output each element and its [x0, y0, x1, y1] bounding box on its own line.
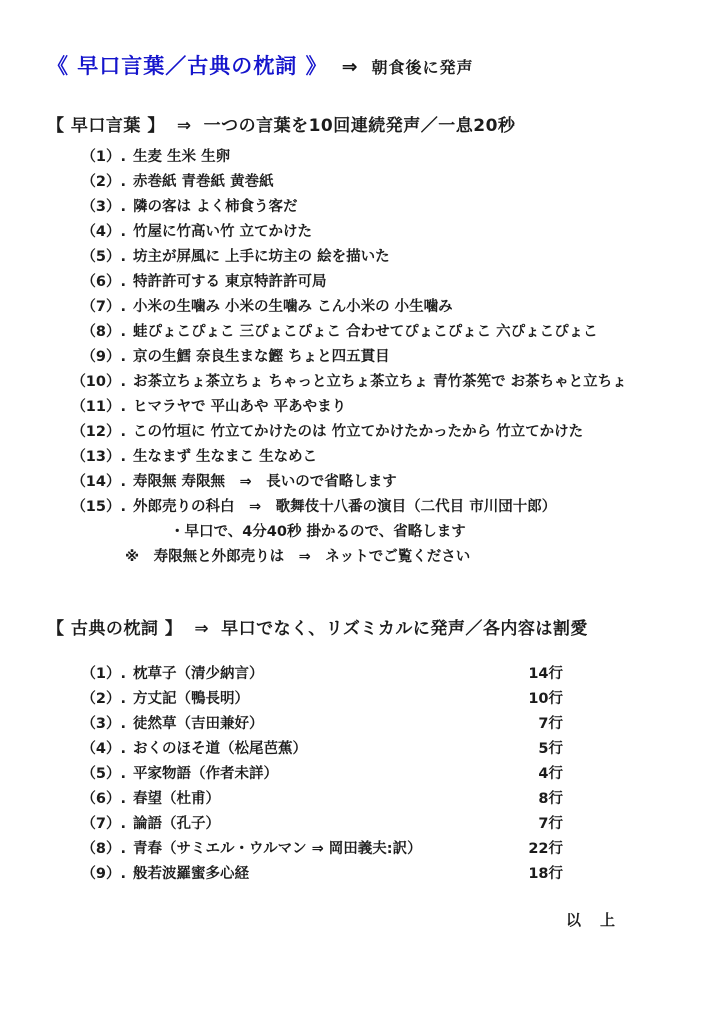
list-item: （8）.蛙ぴょこぴょこ 三ぴょこぴょこ 合わせてぴょこぴょこ 六ぴょこぴょこ [70, 320, 685, 345]
item-number: （2）. [70, 170, 126, 195]
double-arrow-icon: ⇒ [194, 619, 209, 639]
closing-mark: 以 上 [47, 909, 685, 930]
item-number: （4）. [70, 737, 126, 762]
list-item: （5）.坊主が屏風に 上手に坊主の 絵を描いた [70, 245, 685, 270]
section-heading-hayakuchi: 【 早口言葉 】 ⇒ 一つの言葉を10回連続発声／一息20秒 [47, 111, 685, 136]
list-item: （8）.青春（サミエル・ウルマン ⇒ 岡田義夫:訳）22行 [70, 837, 563, 862]
page-title: 《 早口言葉／古典の枕詞 》 ⇒ 朝食後に発声 [47, 50, 685, 80]
list-item: （3）.徒然草（吉田兼好）7行 [70, 712, 563, 737]
item-line-count: 22行 [528, 837, 563, 862]
item-number: （8）. [70, 320, 126, 345]
list-item: （2）.方丈記（鴨長明）10行 [70, 687, 563, 712]
page-title-bracket: 《 早口言葉／古典の枕詞 》 [47, 50, 328, 80]
list-item: （10）.お茶立ちょ茶立ちょ ちゃっと立ちょ茶立ちょ 青竹茶筅で お茶ちゃと立ち… [70, 370, 685, 395]
section-heading-label: 【 古典の枕詞 】 [47, 614, 182, 639]
item-number: （12）. [70, 420, 126, 445]
item-text: 平家物語（作者未詳） [133, 762, 278, 787]
classic-text-list: （1）.枕草子（清少納言）14行 （2）.方丈記（鴨長明）10行 （3）.徒然草… [70, 662, 685, 887]
item-text: 隣の客は よく柿食う客だ [133, 195, 298, 220]
item-number: （14）. [70, 470, 126, 495]
document-page: 《 早口言葉／古典の枕詞 》 ⇒ 朝食後に発声 【 早口言葉 】 ⇒ 一つの言葉… [0, 0, 725, 1024]
list-item: （1）.枕草子（清少納言）14行 [70, 662, 563, 687]
item-number: （5）. [70, 762, 126, 787]
item-text: おくのほそ道（松尾芭蕉） [133, 737, 307, 762]
item-number: （8）. [70, 837, 126, 862]
item-text: 京の生鱈 奈良生まな鰹 ちょと四五貫目 [133, 345, 390, 370]
item-number: （10）. [70, 370, 126, 395]
list-item: （6）.春望（杜甫）8行 [70, 787, 563, 812]
item-text: 枕草子（清少納言） [133, 662, 264, 687]
item-text: 蛙ぴょこぴょこ 三ぴょこぴょこ 合わせてぴょこぴょこ 六ぴょこぴょこ [133, 320, 598, 345]
list-item: （7）.論語（孔子）7行 [70, 812, 563, 837]
item-line-count: 14行 [528, 662, 563, 687]
section-heading-koten: 【 古典の枕詞 】 ⇒ 早口でなく、リズミカルに発声／各内容は割愛 [47, 614, 685, 639]
item-number: （15）. [70, 495, 126, 520]
item-number: （2）. [70, 687, 126, 712]
section-heading-description: 一つの言葉を10回連続発声／一息20秒 [204, 111, 516, 136]
item-text: 外郎売りの科白 ⇒ 歌舞伎十八番の演目（二代目 市川団十郎） [133, 495, 556, 520]
item-number: （1）. [70, 145, 126, 170]
item-text: お茶立ちょ茶立ちょ ちゃっと立ちょ茶立ちょ 青竹茶筅で お茶ちゃと立ちょ [133, 370, 627, 395]
item-text: 青春（サミエル・ウルマン ⇒ 岡田義夫:訳） [133, 837, 422, 862]
item-line-count: 8行 [538, 787, 563, 812]
item-text: 小米の生噛み 小米の生噛み こん小米の 小生噛み [133, 295, 453, 320]
list-item: （4）.おくのほそ道（松尾芭蕉）5行 [70, 737, 563, 762]
item-line-count: 4行 [538, 762, 563, 787]
tongue-twister-list: （1）.生麦 生米 生卵 （2）.赤巻紙 青巻紙 黄巻紙 （3）.隣の客は よく… [70, 145, 685, 520]
item-15-sub-note: ・早口で、4分40秒 掛かるので、省略します [170, 520, 685, 545]
list-item: （2）.赤巻紙 青巻紙 黄巻紙 [70, 170, 685, 195]
list-item: （9）.般若波羅蜜多心経18行 [70, 862, 563, 887]
list-item: （7）.小米の生噛み 小米の生噛み こん小米の 小生噛み [70, 295, 685, 320]
item-text: 坊主が屏風に 上手に坊主の 絵を描いた [133, 245, 390, 270]
item-text: 生麦 生米 生卵 [133, 145, 230, 170]
double-arrow-icon: ⇒ [177, 116, 192, 136]
item-number: （4）. [70, 220, 126, 245]
item-number: （9）. [70, 862, 126, 887]
item-text: 特許許可する 東京特許許可局 [133, 270, 327, 295]
item-number: （7）. [70, 812, 126, 837]
item-number: （6）. [70, 787, 126, 812]
list-item: （5）.平家物語（作者未詳）4行 [70, 762, 563, 787]
list-item: （9）.京の生鱈 奈良生まな鰹 ちょと四五貫目 [70, 345, 685, 370]
list-item: （1）.生麦 生米 生卵 [70, 145, 685, 170]
item-text: 竹屋に竹高い竹 立てかけた [133, 220, 312, 245]
item-text: 徒然草（吉田兼好） [133, 712, 264, 737]
item-number: （3）. [70, 195, 126, 220]
item-number: （11）. [70, 395, 126, 420]
list-item: （13）.生なまず 生なまこ 生なめこ [70, 445, 685, 470]
item-text: 生なまず 生なまこ 生なめこ [133, 445, 317, 470]
item-number: （5）. [70, 245, 126, 270]
list-item: （3）.隣の客は よく柿食う客だ [70, 195, 685, 220]
item-text: 春望（杜甫） [133, 787, 220, 812]
item-line-count: 7行 [538, 812, 563, 837]
item-line-count: 5行 [538, 737, 563, 762]
item-number: （7）. [70, 295, 126, 320]
list-item: （14）.寿限無 寿限無 ⇒ 長いので省略します [70, 470, 685, 495]
item-line-count: 18行 [528, 862, 563, 887]
item-text: ヒマラヤで 平山あや 平あやまり [133, 395, 346, 420]
double-arrow-icon: ⇒ [342, 56, 358, 78]
section-note: ※ 寿限無と外郎売りは ⇒ ネットでご覧ください [125, 545, 685, 570]
list-item: （6）.特許許可する 東京特許許可局 [70, 270, 685, 295]
list-item: （15）.外郎売りの科白 ⇒ 歌舞伎十八番の演目（二代目 市川団十郎） [70, 495, 685, 520]
item-text: 赤巻紙 青巻紙 黄巻紙 [133, 170, 274, 195]
item-text: 般若波羅蜜多心経 [133, 862, 249, 887]
item-number: （3）. [70, 712, 126, 737]
item-line-count: 10行 [528, 687, 563, 712]
item-text: 論語（孔子） [133, 812, 220, 837]
item-number: （6）. [70, 270, 126, 295]
list-item: （11）.ヒマラヤで 平山あや 平あやまり [70, 395, 685, 420]
item-line-count: 7行 [538, 712, 563, 737]
list-item: （4）.竹屋に竹高い竹 立てかけた [70, 220, 685, 245]
item-number: （13）. [70, 445, 126, 470]
item-number: （1）. [70, 662, 126, 687]
section-heading-description: 早口でなく、リズミカルに発声／各内容は割愛 [221, 614, 588, 639]
page-title-suffix: 朝食後に発声 [372, 55, 474, 78]
item-text: 方丈記（鴨長明） [133, 687, 249, 712]
list-item: （12）.この竹垣に 竹立てかけたのは 竹立てかけたかったから 竹立てかけた [70, 420, 685, 445]
item-number: （9）. [70, 345, 126, 370]
item-text: 寿限無 寿限無 ⇒ 長いので省略します [133, 470, 397, 495]
section-heading-label: 【 早口言葉 】 [47, 111, 165, 136]
item-text: この竹垣に 竹立てかけたのは 竹立てかけたかったから 竹立てかけた [133, 420, 583, 445]
